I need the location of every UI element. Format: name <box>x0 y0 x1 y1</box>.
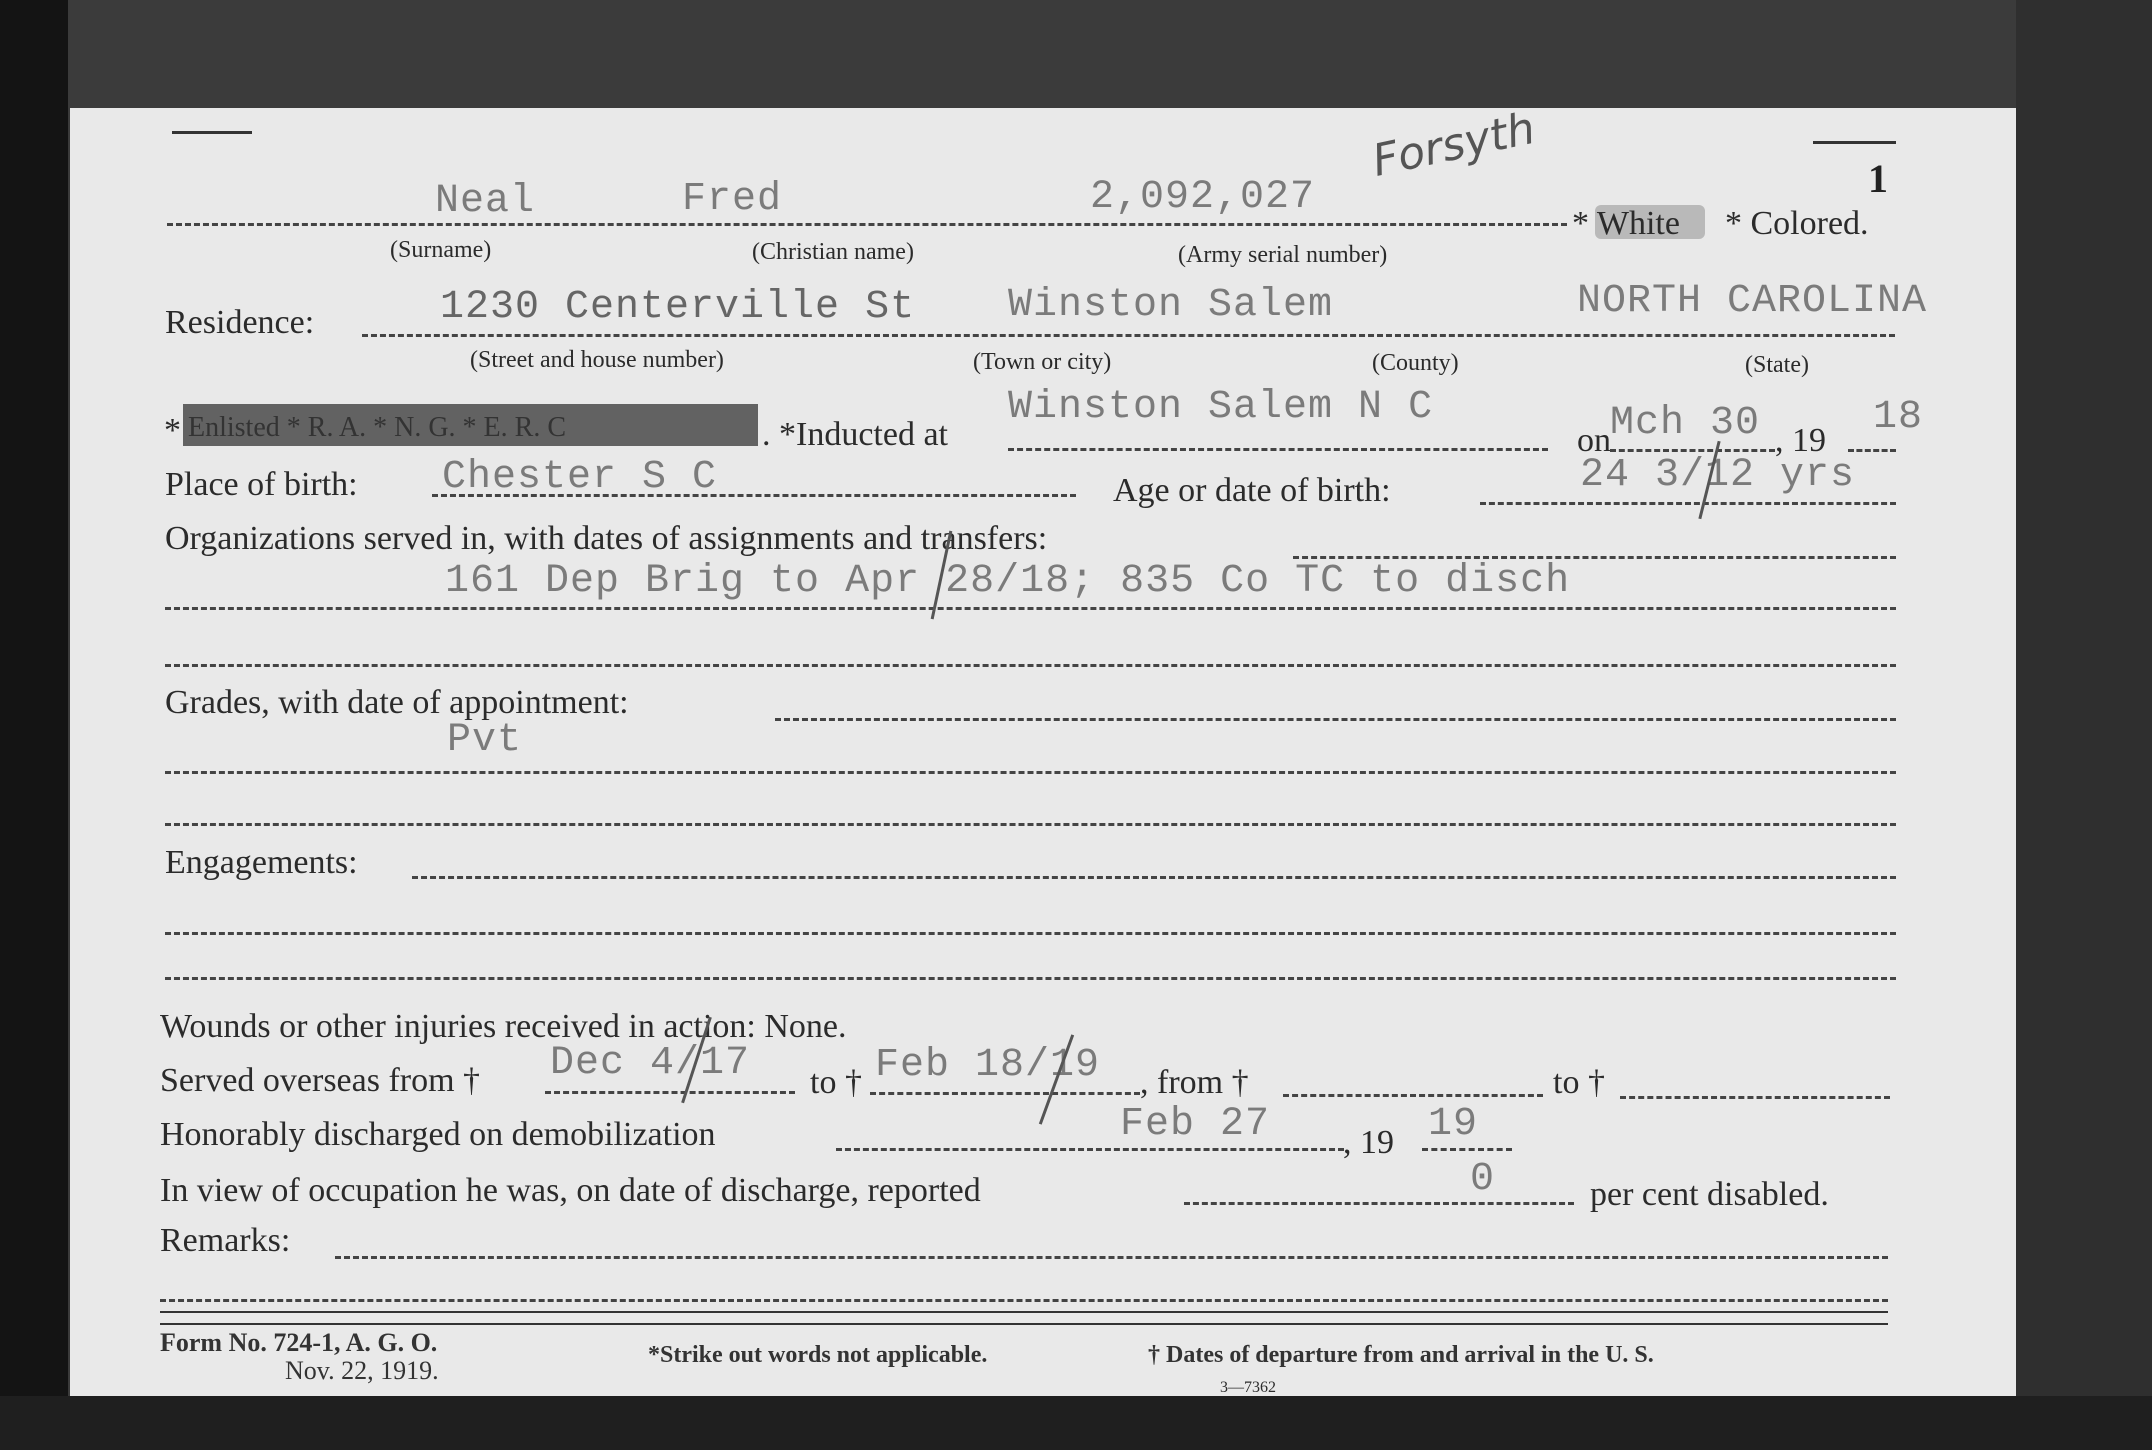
discharge-date-value: Feb 27 <box>1120 1105 1270 1145</box>
induction-date-line <box>1610 449 1775 452</box>
served-overseas-label: Served overseas from † <box>160 1064 480 1098</box>
serial-number-value: 2,092,027 <box>1090 178 1315 218</box>
grades-entry: Pvt <box>447 721 522 761</box>
grades-line-2 <box>165 771 1896 774</box>
county-label: (County) <box>1372 351 1459 375</box>
overseas-to-label: to † <box>810 1066 862 1100</box>
print-code: 3—7362 <box>1220 1380 1276 1396</box>
scan-background-left <box>0 0 68 1450</box>
grades-label: Grades, with date of appointment: <box>165 686 629 720</box>
grades-line-3 <box>165 823 1896 826</box>
struck-enlistment-text: Enlisted * R. A. * N. G. * E. R. C <box>188 414 566 442</box>
organizations-label: Organizations served in, with dates of a… <box>165 522 1047 556</box>
grades-line-1 <box>775 718 1896 721</box>
wounds-text: Wounds or other injuries received in act… <box>160 1010 847 1044</box>
overseas-to2-label: to † <box>1553 1066 1605 1100</box>
page-number: 1 <box>1868 155 1888 202</box>
disability-label: In view of occupation he was, on date of… <box>160 1174 981 1208</box>
induction-year-line <box>1848 449 1896 452</box>
residence-line <box>362 334 1895 337</box>
age-line <box>1480 502 1896 505</box>
scan-background-right <box>2016 0 2152 1396</box>
disability-line <box>1184 1202 1574 1205</box>
overseas-from2-line <box>1283 1094 1543 1097</box>
overseas-from-value: Dec 4/17 <box>550 1044 750 1084</box>
organizations-entry: 161 Dep Brig to Apr 28/18; 835 Co TC to … <box>445 562 1570 602</box>
form-number: Form No. 724-1, A. G. O. <box>160 1330 437 1356</box>
dates-note: † Dates of departure from and arrival in… <box>1148 1343 1654 1367</box>
top-right-rule <box>1813 141 1896 144</box>
scan-background-bottom <box>0 1396 2152 1450</box>
place-of-birth-label: Place of birth: <box>165 468 358 502</box>
surname-label: (Surname) <box>390 238 491 262</box>
remarks-line-1 <box>335 1256 1888 1259</box>
residence-state-value: NORTH CAROLINA <box>1577 282 1927 322</box>
disability-percent-value: 0 <box>1470 1160 1495 1200</box>
engagements-label: Engagements: <box>165 846 358 880</box>
organizations-line-3 <box>165 664 1896 667</box>
induction-year-value: 18 <box>1873 398 1923 438</box>
overseas-to2-line <box>1620 1096 1890 1099</box>
footer-rule-2 <box>160 1323 1888 1325</box>
race-colored-option: * Colored. <box>1725 207 1869 241</box>
place-of-birth-line <box>432 494 1076 497</box>
overseas-from-line <box>545 1091 795 1094</box>
discharge-year-value: 19 <box>1428 1105 1478 1145</box>
christian-name-label: (Christian name) <box>752 240 914 264</box>
overseas-from2-label: , from † <box>1140 1066 1249 1100</box>
form-date: Nov. 22, 1919. <box>285 1358 439 1384</box>
discharge-label: Honorably discharged on demobilization <box>160 1118 716 1152</box>
remarks-line-2 <box>160 1299 1888 1302</box>
town-label: (Town or city) <box>973 350 1111 374</box>
state-label: (State) <box>1745 353 1809 377</box>
residence-label: Residence: <box>165 306 314 340</box>
discharge-date-line <box>836 1148 1344 1151</box>
engagements-line-1 <box>412 876 1896 879</box>
enlisted-asterisk: * <box>164 414 181 448</box>
induction-date-value: Mch 30 <box>1610 404 1760 444</box>
christian-name-value: Fred <box>682 180 782 220</box>
age-value: 24 3/12 yrs <box>1580 456 1855 496</box>
engagements-line-3 <box>165 977 1896 980</box>
strike-note: *Strike out words not applicable. <box>648 1343 987 1367</box>
engagements-line-2 <box>165 932 1896 935</box>
serial-number-label: (Army serial number) <box>1178 243 1387 267</box>
remarks-label: Remarks: <box>160 1224 290 1258</box>
surname-value: Neal <box>435 182 535 222</box>
street-label: (Street and house number) <box>470 348 724 372</box>
inducted-at-label: . *Inducted at <box>762 418 948 452</box>
inducted-at-value: Winston Salem N C <box>1008 388 1433 428</box>
age-label: Age or date of birth: <box>1113 474 1391 508</box>
inducted-at-line <box>1008 448 1548 451</box>
residence-town-value: Winston Salem <box>1008 286 1333 326</box>
residence-street-value: 1230 Centerville St <box>440 288 915 328</box>
organizations-line-2 <box>165 607 1896 610</box>
top-left-rule <box>172 131 252 134</box>
footer-rule-1 <box>160 1311 1888 1313</box>
name-line <box>167 223 1567 226</box>
discharge-year-line <box>1422 1148 1512 1151</box>
place-of-birth-value: Chester S C <box>442 458 717 498</box>
overseas-to-line <box>870 1092 1140 1095</box>
discharge-year-prefix: , 19 <box>1343 1126 1394 1160</box>
race-white-option: * White <box>1572 207 1680 241</box>
disability-suffix: per cent disabled. <box>1590 1178 1829 1212</box>
